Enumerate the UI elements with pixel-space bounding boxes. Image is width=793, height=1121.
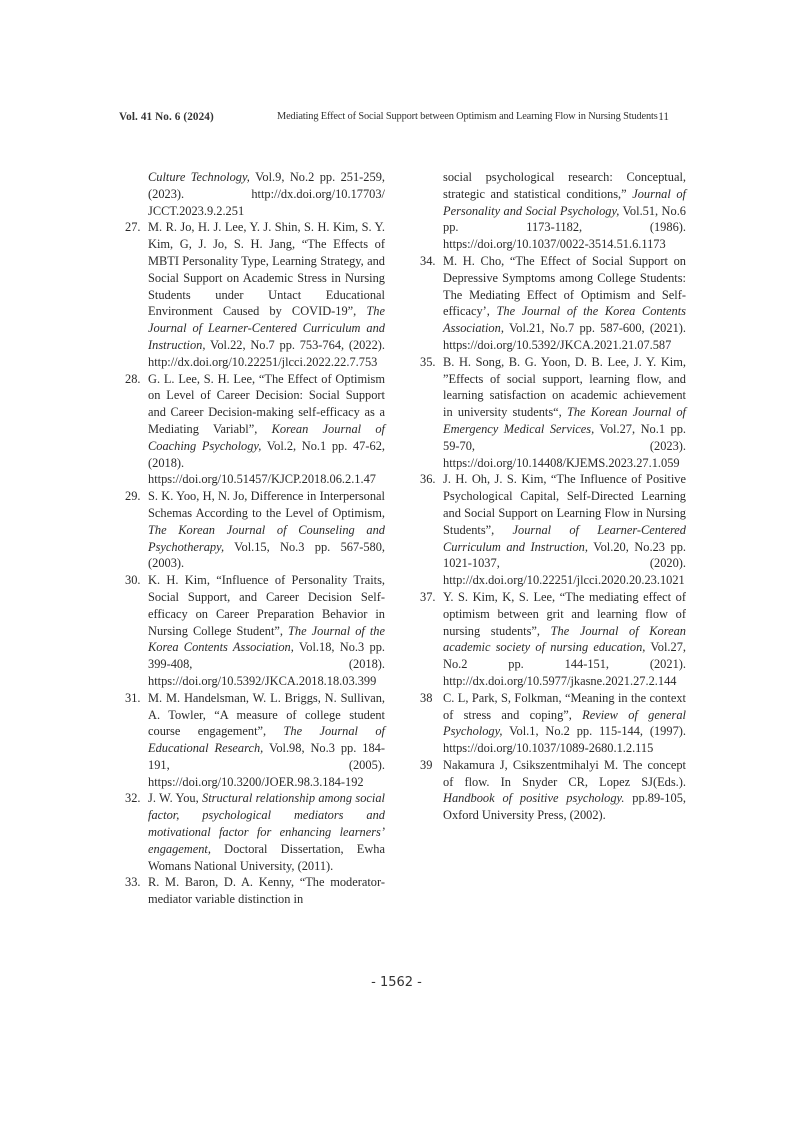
reference-number: 27. [125, 219, 141, 236]
reference-journal: Culture Technology, [148, 170, 250, 184]
reference-27: 27. M. R. Jo, H. J. Lee, Y. J. Shin, S. … [125, 219, 385, 370]
reference-32: 32. J. W. You, Structural relationship a… [125, 790, 385, 874]
reference-number: 29. [125, 488, 141, 505]
reference-number: 37. [420, 589, 436, 606]
reference-authors-title: Nakamura J, Csikszentmihalyi M. The conc… [443, 758, 686, 789]
reference-authors-title: S. K. Yoo, H, N. Jo, Difference in Inter… [148, 489, 385, 520]
reference-34: 34. M. H. Cho, “The Effect of Social Sup… [420, 253, 686, 354]
reference-39: 39 Nakamura J, Csikszentmihalyi M. The c… [420, 757, 686, 824]
page-footer: - 1562 - [0, 975, 793, 990]
reference-38: 38 C. L, Park, S, Folkman, “Meaning in t… [420, 690, 686, 757]
reference-35: 35. B. H. Song, B. G. Yoon, D. B. Lee, J… [420, 354, 686, 472]
running-title: Mediating Effect of Social Support betwe… [277, 111, 658, 122]
reference-authors-title: M. R. Jo, H. J. Lee, Y. J. Shin, S. H. K… [148, 220, 385, 318]
reference-authors-title: R. M. Baron, D. A. Kenny, “The moderator… [148, 875, 385, 906]
reference-number: 28. [125, 371, 141, 388]
reference-number: 30. [125, 572, 141, 589]
reference-37: 37. Y. S. Kim, K, S. Lee, “The mediating… [420, 589, 686, 690]
left-column: Culture Technology, Vol.9, No.2 pp. 251-… [125, 169, 385, 908]
journal-volume: Vol. 41 No. 6 (2024) [119, 111, 214, 123]
reference-authors: J. W. You, [148, 791, 202, 805]
reference-30: 30. K. H. Kim, “Influence of Personality… [125, 572, 385, 690]
reference-number: 38 [420, 690, 432, 707]
reference-number: 34. [420, 253, 436, 270]
reference-33: 33. R. M. Baron, D. A. Kenny, “The moder… [125, 874, 385, 908]
reference-number: 33. [125, 874, 141, 891]
article-page-number: 11 [658, 111, 669, 123]
page-number: - 1562 - [371, 975, 422, 990]
running-header: Vol. 41 No. 6 (2024) Mediating Effect of… [119, 111, 669, 127]
reference-number: 36. [420, 471, 436, 488]
reference-continuation: social psychological research: Conceptua… [420, 169, 686, 253]
reference-number: 35. [420, 354, 436, 371]
reference-31: 31. M. M. Handelsman, W. L. Briggs, N. S… [125, 690, 385, 791]
reference-continuation: Culture Technology, Vol.9, No.2 pp. 251-… [125, 169, 385, 219]
reference-number: 32. [125, 790, 141, 807]
reference-28: 28. G. L. Lee, S. H. Lee, “The Effect of… [125, 371, 385, 489]
reference-36: 36. J. H. Oh, J. S. Kim, “The Influence … [420, 471, 686, 589]
reference-29: 29. S. K. Yoo, H, N. Jo, Difference in I… [125, 488, 385, 572]
reference-book-title: Handbook of positive psychology. [443, 791, 624, 805]
reference-number: 39 [420, 757, 432, 774]
right-column: social psychological research: Conceptua… [420, 169, 686, 824]
reference-number: 31. [125, 690, 141, 707]
